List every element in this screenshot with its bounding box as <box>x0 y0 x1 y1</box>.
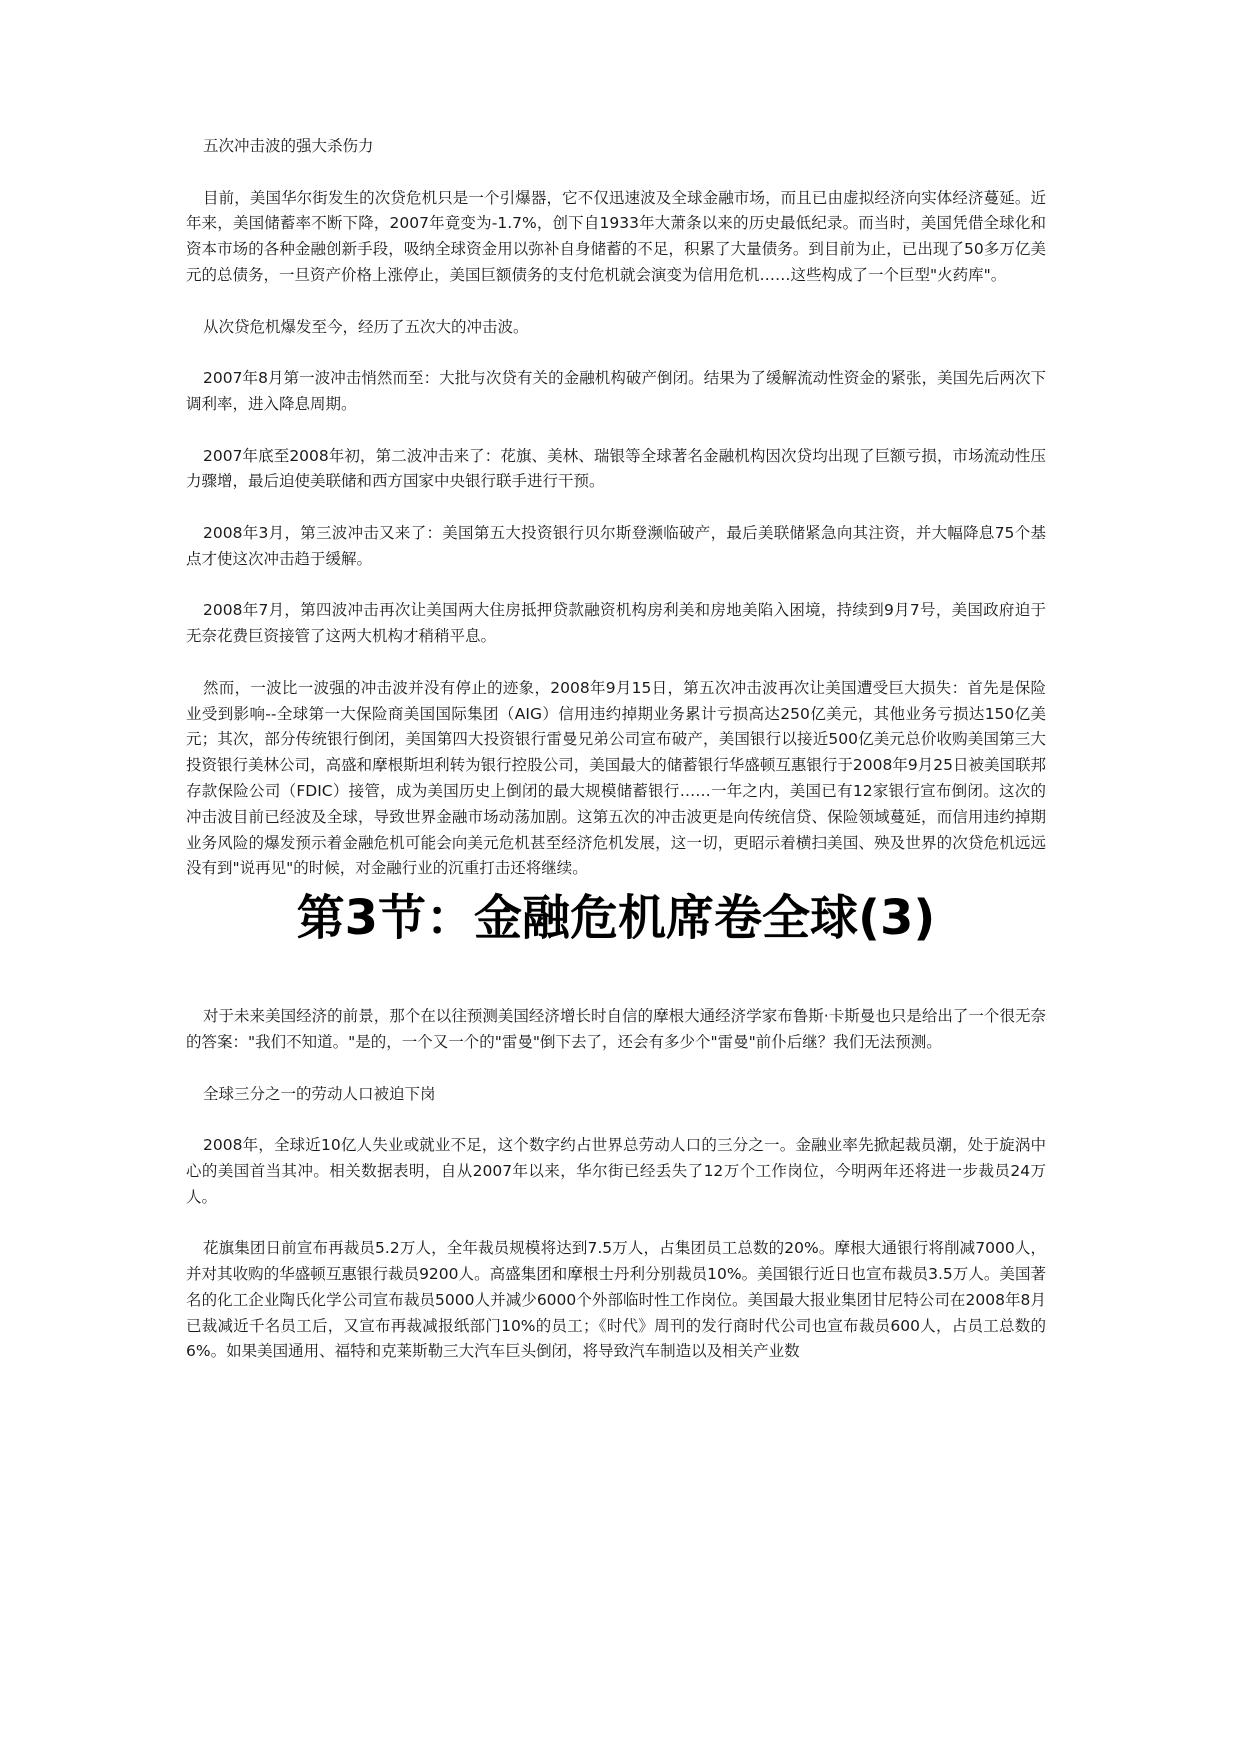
paragraph: 目前，美国华尔街发生的次贷危机只是一个引爆器，它不仅迅速波及全球金融市场，而且已… <box>186 186 1046 289</box>
paragraph: 花旗集团日前宣布再裁员5.2万人，全年裁员规模将达到7.5万人，占集团员工总数的… <box>186 1236 1046 1365</box>
paragraph: 2008年7月，第四波冲击再次让美国两大住房抵押贷款融资机构房利美和房地美陷入困… <box>186 598 1046 650</box>
subheading-five-shockwaves: 五次冲击波的强大杀伤力 <box>186 134 1046 160</box>
paragraph: 2008年3月，第三波冲击又来了：美国第五大投资银行贝尔斯登濒临破产，最后美联储… <box>186 521 1046 573</box>
section-title: 第3节：金融危机席卷全球(3) <box>186 888 1046 948</box>
document-page: 五次冲击波的强大杀伤力 目前，美国华尔街发生的次贷危机只是一个引爆器，它不仅迅速… <box>186 134 1046 1391</box>
paragraph: 2008年，全球近10亿人失业或就业不足，这个数字约占世界总劳动人口的三分之一。… <box>186 1133 1046 1210</box>
paragraph: 2007年底至2008年初，第二波冲击来了：花旗、美林、瑞银等全球著名金融机构因… <box>186 444 1046 496</box>
paragraph: 2007年8月第一波冲击悄然而至：大批与次贷有关的金融机构破产倒闭。结果为了缓解… <box>186 366 1046 418</box>
subheading-global-layoffs: 全球三分之一的劳动人口被迫下岗 <box>186 1082 1046 1108</box>
paragraph: 然而，一波比一波强的冲击波并没有停止的迹象，2008年9月15日，第五次冲击波再… <box>186 676 1046 882</box>
paragraph: 从次贷危机爆发至今，经历了五次大的冲击波。 <box>186 315 1046 341</box>
paragraph: 对于未来美国经济的前景，那个在以往预测美国经济增长时自信的摩根大通经济学家布鲁斯… <box>186 1004 1046 1056</box>
